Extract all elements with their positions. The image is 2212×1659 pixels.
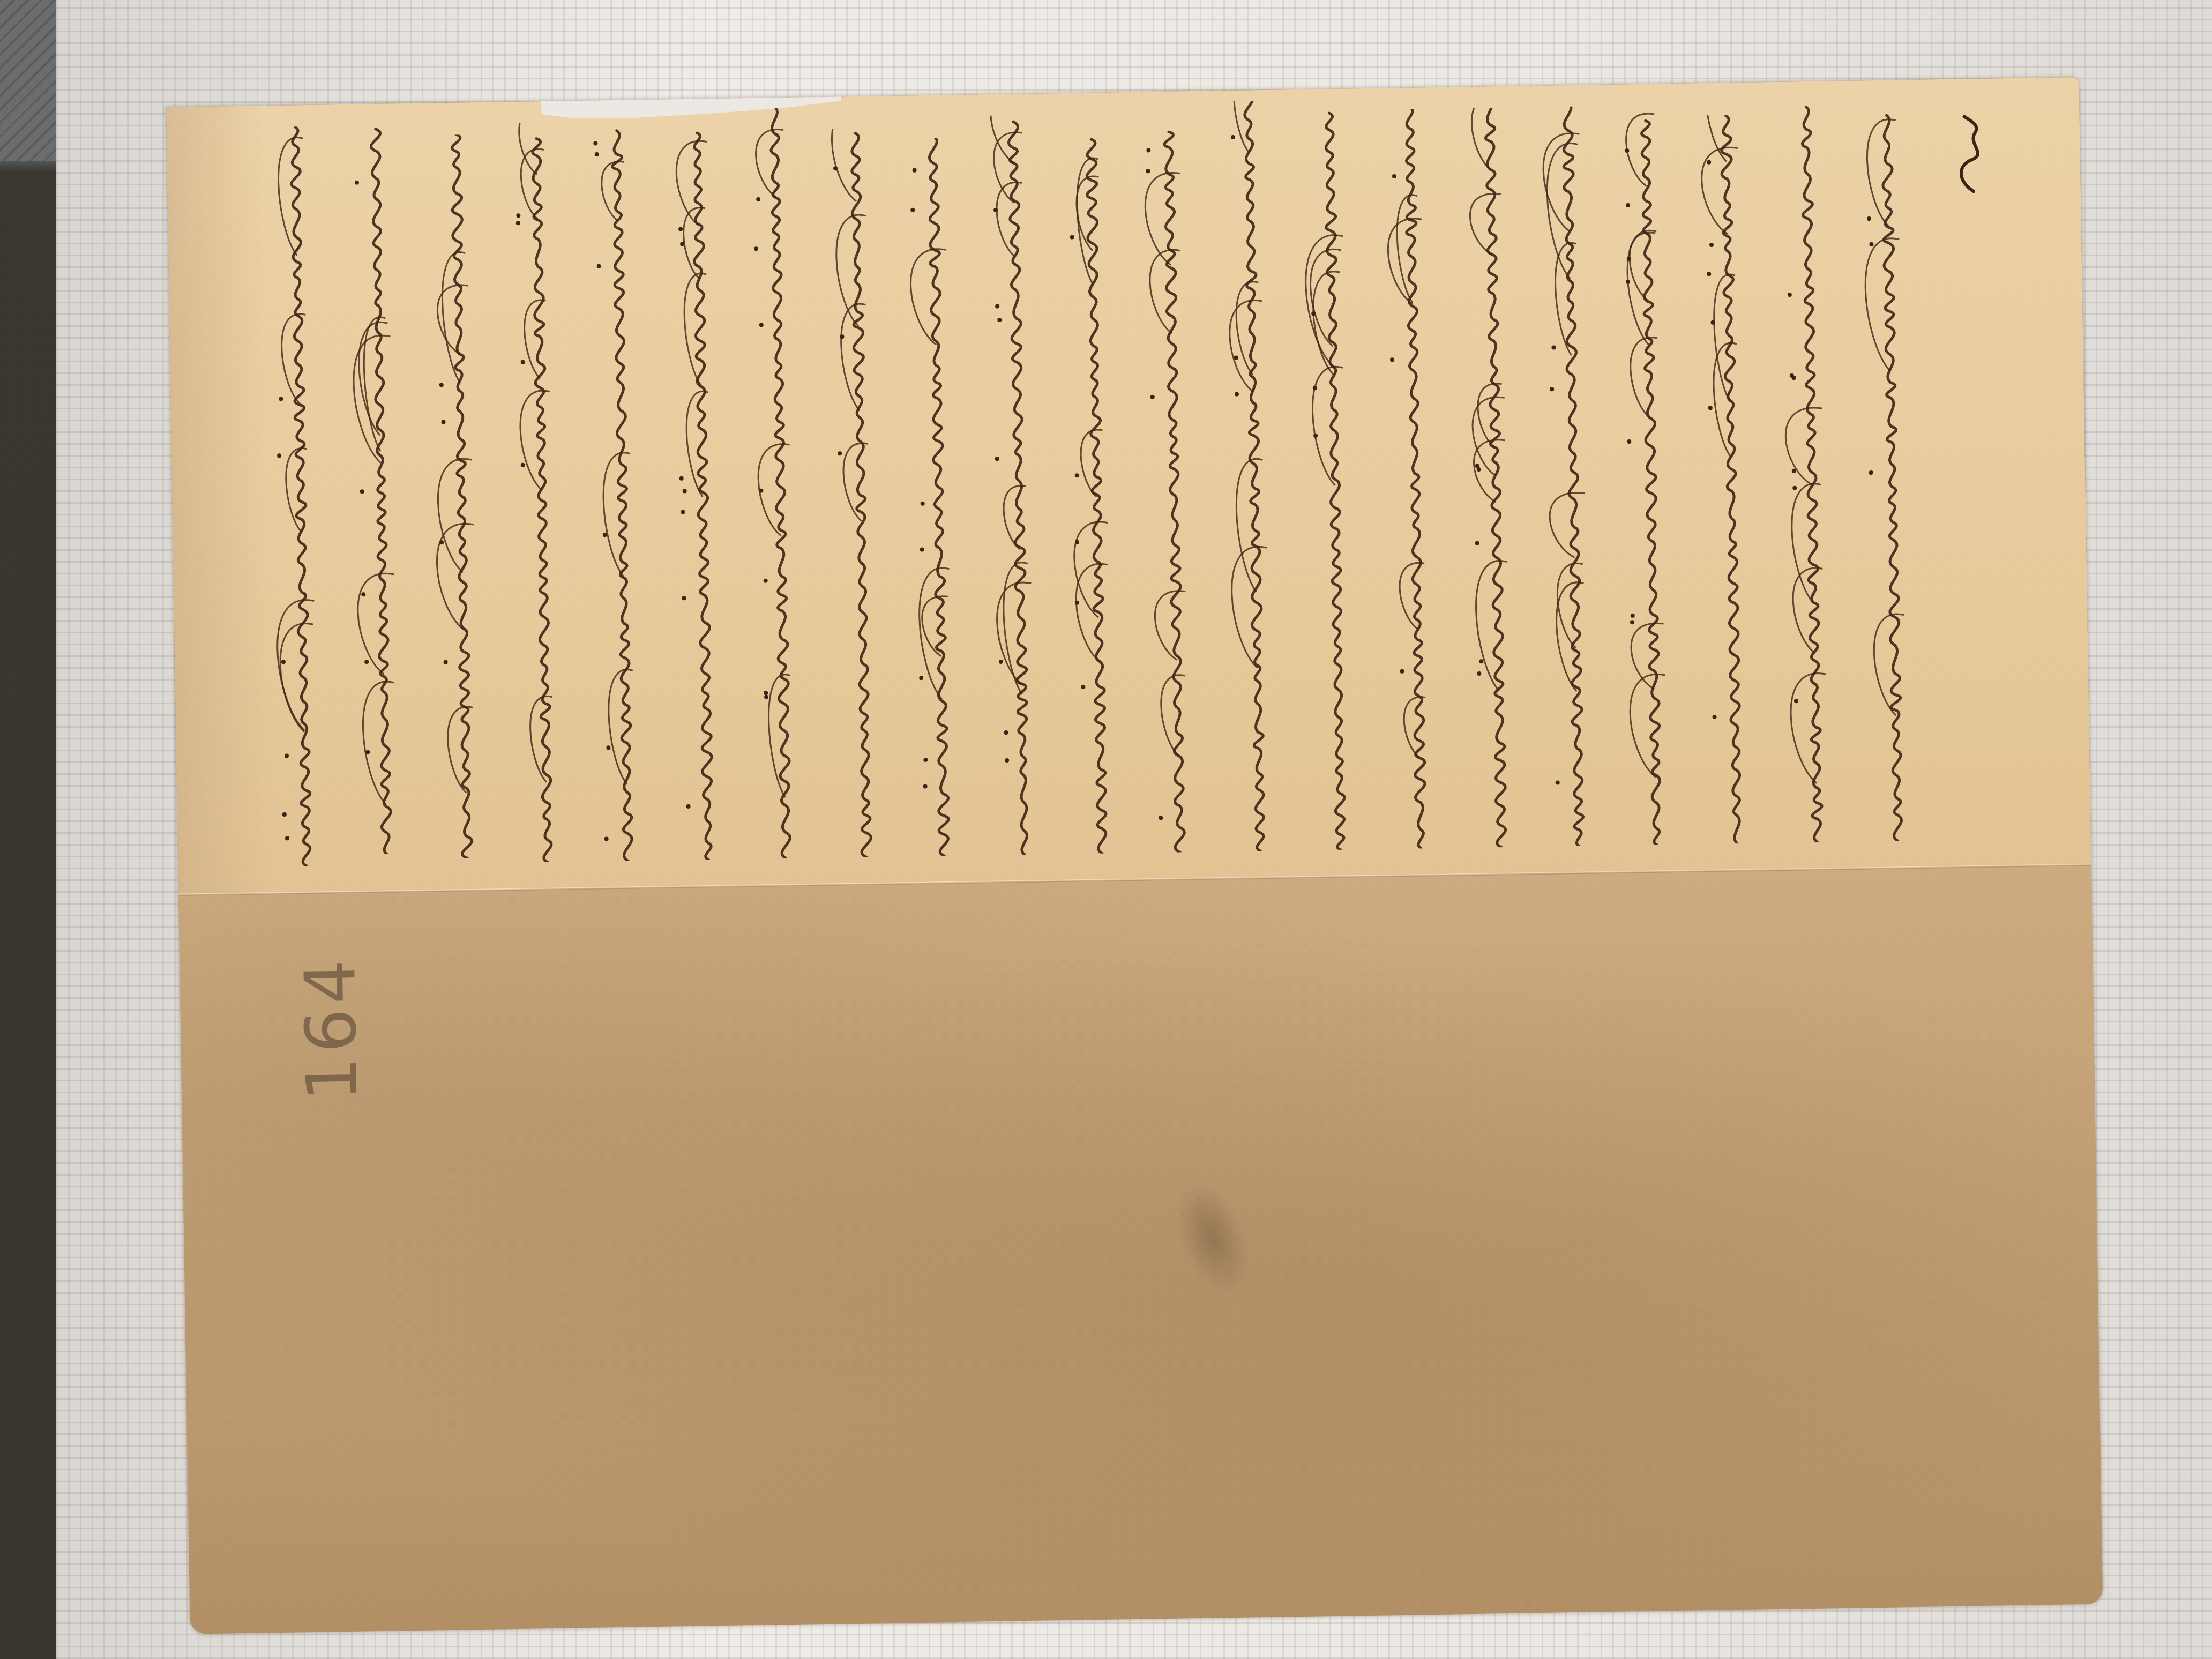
handwritten-line [1458, 107, 1534, 848]
handwritten-line [901, 138, 976, 857]
blank-half [178, 865, 2103, 1634]
handwritten-line [1137, 123, 1212, 853]
handwritten-line [1059, 124, 1134, 854]
handwritten-line [1535, 106, 1611, 847]
handwritten-line [1297, 104, 1373, 850]
handwritten-line [1613, 105, 1689, 846]
handwritten-line [1854, 101, 1930, 842]
grey-printed-sheet [0, 0, 56, 161]
handwritten-line [823, 128, 899, 858]
folio-number: 164 [289, 955, 373, 1102]
handwritten-line [263, 126, 339, 866]
catchword [1935, 110, 1995, 197]
handwritten-line [665, 120, 741, 861]
handwritten-line [742, 108, 818, 859]
handwritten-line [1694, 114, 1769, 844]
handwritten-line [981, 115, 1057, 855]
handwritten-line [1377, 109, 1453, 849]
handwritten-line [1216, 100, 1292, 851]
handwritten-line [343, 125, 419, 855]
dark-table-surface [0, 0, 59, 1659]
handwritten-line [424, 134, 499, 859]
handwritten-text-block [166, 77, 2091, 895]
manuscript-page: 164 [166, 77, 2103, 1634]
handwritten-line [504, 122, 580, 863]
handwritten-line [584, 116, 660, 862]
handwritten-line [1774, 102, 1850, 843]
